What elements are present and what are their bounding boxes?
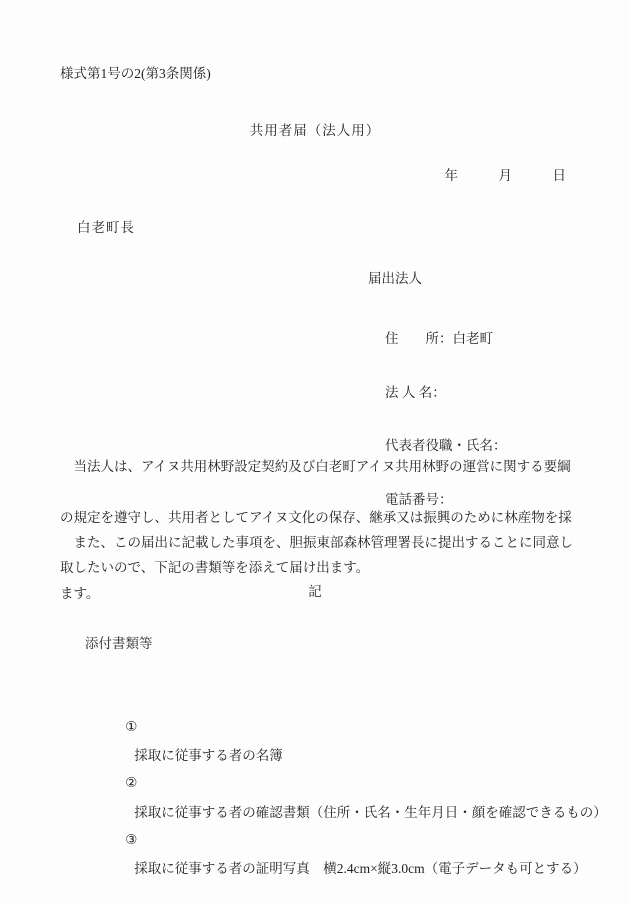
attachment-item-3-marker: ③: [125, 825, 137, 855]
body-paragraph-2-line: また、この届出に記載した事項を、胆振東部森林管理署長に提出することに同意し: [60, 531, 575, 555]
attachment-item-1-marker: ①: [125, 712, 137, 742]
addressee: 白老町長: [77, 221, 135, 235]
attachments-heading: 添付書類等: [85, 637, 153, 651]
form-number: 様式第1号の2(第3条関係): [60, 67, 211, 81]
attachment-item-1-text: 採取に従事する者の名簿: [134, 741, 283, 771]
date-line: 年 月 日: [445, 169, 567, 183]
attachment-list: ① 採取に従事する者の名簿 ② 採取に従事する者の確認書類（住所・氏名・生年月日…: [105, 655, 607, 852]
document-title: 共用者届（法人用）: [0, 124, 630, 138]
attachment-item-2-text: 採取に従事する者の確認書類（住所・氏名・生年月日・顔を確認できるもの）: [134, 798, 607, 828]
applicant-corporate-name-field: 法 人 名：: [385, 380, 507, 407]
attachment-item-1: ① 採取に従事する者の名簿: [105, 682, 607, 712]
attachment-item-2-marker: ②: [125, 768, 137, 798]
body-paragraph-1-line: 当法人は、アイヌ共用林野設定契約及び白老町アイヌ共用林野の運営に関する要綱: [60, 455, 575, 479]
attachment-item-3-text: 採取に従事する者の証明写真 横2.4cm×縦3.0cm（電子データも可とする）: [134, 854, 586, 884]
body-paragraph-2: また、この届出に記載した事項を、胆振東部森林管理署長に提出することに同意し ます…: [60, 504, 575, 632]
notice-marker: 記: [0, 585, 630, 599]
document-page: 様式第1号の2(第3条関係) 共用者届（法人用） 年 月 日 白老町長 届出法人…: [0, 0, 630, 903]
applicant-heading: 届出法人: [368, 272, 422, 286]
applicant-address-field: 住 所：白老町: [385, 326, 507, 353]
